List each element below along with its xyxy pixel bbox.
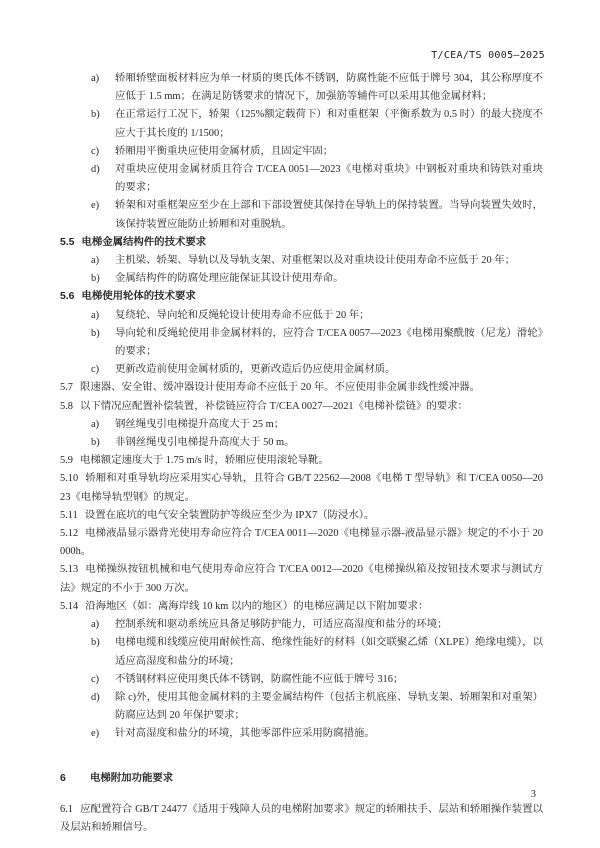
- clause-number: 5.9: [60, 455, 73, 466]
- item-text: 不锈钢材料应使用奥氏体不锈钢，防腐性能不应低于牌号 316；: [115, 674, 403, 685]
- clause-5-8-item-b: b) 非钢丝绳曳引电梯提升高度大于 50 m。: [60, 434, 543, 452]
- page-number: 3: [531, 789, 536, 800]
- page-header: T/CEA/TS 0005—2025: [431, 50, 545, 61]
- item-text: 金属结构件的防腐处理应能保证其设计使用寿命。: [115, 273, 344, 284]
- item-text: 轿架和对重框架应至少在上部和下部设置使其保持在导轨上的保持装置。当导向装置失效时…: [115, 200, 543, 229]
- clause-number: 5.10: [60, 473, 78, 484]
- clause-5-14-item-c: c) 不锈钢材料应使用奥氏体不锈钢，防腐性能不应低于牌号 316；: [60, 671, 543, 689]
- item-text: 更新改造前使用金属材质的，更新改造后仍应使用金属材质。: [115, 364, 396, 375]
- clause-5-4-item-e: e) 轿架和对重框架应至少在上部和下部设置使其保持在导轨上的保持装置。当导向装置…: [60, 197, 543, 233]
- clause-5-11: 5.11设置在底坑的电气安全装置防护等级应至少为 IPX7（防浸水）。: [60, 507, 543, 525]
- item-text: 轿厢用平衡重块应使用金属材质，且固定牢固；: [115, 146, 333, 157]
- item-marker: e): [91, 725, 99, 743]
- page-footer: 3: [531, 789, 536, 800]
- clause-5-13: 5.13电梯操纵按钮机械和电气使用寿命应符合 T/CEA 0012—2020《电…: [60, 561, 543, 597]
- clause-5-4-item-b: b) 在正常运行工况下，轿架（125%额定载荷下）和对重框架（平衡系数为 0.5…: [60, 106, 543, 142]
- clause-text: 应配置符合 GB/T 24477《适用于残障人员的电梯附加要求》规定的轿厢扶手、…: [60, 804, 543, 833]
- clause-5-4-item-c: c) 轿厢用平衡重块应使用金属材质，且固定牢固；: [60, 143, 543, 161]
- item-marker: b): [91, 434, 100, 452]
- clause-5-8: 5.8以下情况应配置补偿装置，补偿链应符合 T/CEA 0027—2021《电梯…: [60, 398, 543, 416]
- clause-5-5-item-a: a) 主机梁、轿架、导轨以及导轨支架、对重框架以及对重块设计使用寿命不应低于 2…: [60, 252, 543, 270]
- item-text: 除 c)外，使用其他金属材料的主要金属结构件（包括主机底座、导轨支架、轿厢架和对…: [115, 692, 543, 721]
- item-text: 主机梁、轿架、导轨以及导轨支架、对重框架以及对重块设计使用寿命不应低于 20 年…: [115, 255, 515, 266]
- item-marker: a): [91, 616, 99, 634]
- clause-number: 5.8: [60, 401, 73, 412]
- clause-number: 5.14: [60, 601, 78, 612]
- clause-text: 设置在底坑的电气安全装置防护等级应至少为 IPX7（防浸水）。: [85, 510, 375, 521]
- clause-text: 以下情况应配置补偿装置，补偿链应符合 T/CEA 0027—2021《电梯补偿链…: [80, 401, 468, 412]
- clause-5-6-item-b: b) 导向轮和反绳轮使用非金属材料的，应符合 T/CEA 0057—2023《电…: [60, 325, 543, 361]
- item-marker: b): [91, 106, 100, 124]
- item-text: 轿厢轿壁面板材料应为单一材质的奥氏体不锈钢，防腐性能不应低于牌号 304，其公称…: [115, 73, 543, 102]
- clause-text: 沿海地区（如：离海岸线 10 km 以内的地区）的电梯应满足以下附加要求：: [85, 601, 428, 612]
- clause-5-14-item-b: b) 电梯电缆和线缆应使用耐候性高、绝缘性能好的材料（如交联聚乙烯（XLPE）绝…: [60, 634, 543, 670]
- item-marker: a): [91, 252, 99, 270]
- clause-5-14: 5.14沿海地区（如：离海岸线 10 km 以内的地区）的电梯应满足以下附加要求…: [60, 598, 543, 616]
- clause-number: 5.13: [60, 564, 78, 575]
- item-marker: a): [91, 416, 99, 434]
- item-text: 电梯电缆和线缆应使用耐候性高、绝缘性能好的材料（如交联聚乙烯（XLPE）绝缘电缆…: [115, 637, 543, 666]
- clause-title: 电梯使用轮体的技术要求: [81, 291, 195, 302]
- chapter-number: 6: [60, 770, 90, 788]
- clause-text: 电梯额定速度大于 1.75 m/s 时，轿厢应使用滚轮导靴。: [80, 455, 329, 466]
- clause-number: 6.1: [60, 804, 73, 815]
- clause-5-14-item-e: e) 针对高湿度和盐分的环境，其他零部件应采用防腐措施。: [60, 725, 543, 743]
- clause-number: 5.6: [60, 291, 74, 302]
- item-marker: b): [91, 325, 100, 343]
- item-text: 钢丝绳曳引电梯提升高度大于 25 m；: [115, 419, 284, 430]
- item-text: 对重块应使用金属材质且符合 T/CEA 0051—2023《电梯对重块》中钢板对…: [115, 164, 543, 193]
- document-page: T/CEA/TS 0005—2025 a) 轿厢轿壁面板材料应为单一材质的奥氏体…: [0, 0, 600, 848]
- document-content: a) 轿厢轿壁面板材料应为单一材质的奥氏体不锈钢，防腐性能不应低于牌号 304，…: [60, 70, 543, 837]
- clause-number: 5.7: [60, 382, 73, 393]
- clause-5-9: 5.9电梯额定速度大于 1.75 m/s 时，轿厢应使用滚轮导靴。: [60, 452, 543, 470]
- item-text: 针对高湿度和盐分的环境，其他零部件应采用防腐措施。: [115, 728, 375, 739]
- item-marker: b): [91, 634, 100, 652]
- item-marker: b): [91, 270, 100, 288]
- clause-5-4-item-d: d) 对重块应使用金属材质且符合 T/CEA 0051—2023《电梯对重块》中…: [60, 161, 543, 197]
- clause-5-6-heading: 5.6电梯使用轮体的技术要求: [60, 288, 543, 306]
- clause-5-6-item-c: c) 更新改造前使用金属材质的，更新改造后仍应使用金属材质。: [60, 361, 543, 379]
- item-text: 复绕轮、导向轮和反绳轮设计使用寿命不应低于 20 年；: [115, 310, 370, 321]
- item-text: 控制系统和驱动系统应具备足够防护能力，可适应高湿度和盐分的环境；: [115, 619, 448, 630]
- doc-code: T/CEA/TS 0005—2025: [431, 50, 545, 61]
- item-text: 在正常运行工况下，轿架（125%额定载荷下）和对重框架（平衡系数为 0.5 时）…: [115, 109, 543, 138]
- clause-5-4-item-a: a) 轿厢轿壁面板材料应为单一材质的奥氏体不锈钢，防腐性能不应低于牌号 304，…: [60, 70, 543, 106]
- item-marker: a): [91, 307, 99, 325]
- clause-text: 限速器、安全钳、缓冲器设计使用寿命不应低于 20 年。不应使用非金属非线性缓冲器…: [80, 382, 480, 393]
- clause-number: 5.5: [60, 237, 74, 248]
- clause-text: 电梯操纵按钮机械和电气使用寿命应符合 T/CEA 0012—2020《电梯操纵箱…: [60, 564, 543, 593]
- chapter-title: 电梯附加功能要求: [90, 773, 173, 784]
- clause-5-5-item-b: b) 金属结构件的防腐处理应能保证其设计使用寿命。: [60, 270, 543, 288]
- item-marker: d): [91, 689, 100, 707]
- clause-5-14-item-a: a) 控制系统和驱动系统应具备足够防护能力，可适应高湿度和盐分的环境；: [60, 616, 543, 634]
- clause-5-7: 5.7限速器、安全钳、缓冲器设计使用寿命不应低于 20 年。不应使用非金属非线性…: [60, 379, 543, 397]
- item-text: 导向轮和反绳轮使用非金属材料的，应符合 T/CEA 0057—2023《电梯用聚…: [115, 328, 543, 357]
- clause-text: 电梯液晶显示器背光使用寿命应符合 T/CEA 0011—2020《电梯显示器-液…: [60, 528, 543, 557]
- clause-5-8-item-a: a) 钢丝绳曳引电梯提升高度大于 25 m；: [60, 416, 543, 434]
- clause-5-10: 5.10轿厢和对重导轨均应采用实心导轨，且符合 GB/T 22562—2008《…: [60, 470, 543, 506]
- chapter-6-heading: 6电梯附加功能要求: [60, 770, 543, 788]
- item-marker: c): [91, 671, 99, 689]
- item-marker: e): [91, 197, 99, 215]
- item-text: 非钢丝绳曳引电梯提升高度大于 50 m。: [115, 437, 295, 448]
- clause-5-6-item-a: a) 复绕轮、导向轮和反绳轮设计使用寿命不应低于 20 年；: [60, 307, 543, 325]
- clause-title: 电梯金属结构件的技术要求: [81, 237, 206, 248]
- clause-number: 5.11: [60, 510, 78, 521]
- clause-5-5-heading: 5.5电梯金属结构件的技术要求: [60, 234, 543, 252]
- clause-text: 轿厢和对重导轨均应采用实心导轨，且符合 GB/T 22562—2008《电梯 T…: [60, 473, 543, 502]
- item-marker: a): [91, 70, 99, 88]
- item-marker: c): [91, 143, 99, 161]
- item-marker: d): [91, 161, 100, 179]
- clause-5-12: 5.12电梯液晶显示器背光使用寿命应符合 T/CEA 0011—2020《电梯显…: [60, 525, 543, 561]
- clause-6-1: 6.1应配置符合 GB/T 24477《适用于残障人员的电梯附加要求》规定的轿厢…: [60, 801, 543, 837]
- item-marker: c): [91, 361, 99, 379]
- clause-number: 5.12: [60, 528, 78, 539]
- clause-5-14-item-d: d) 除 c)外，使用其他金属材料的主要金属结构件（包括主机底座、导轨支架、轿厢…: [60, 689, 543, 725]
